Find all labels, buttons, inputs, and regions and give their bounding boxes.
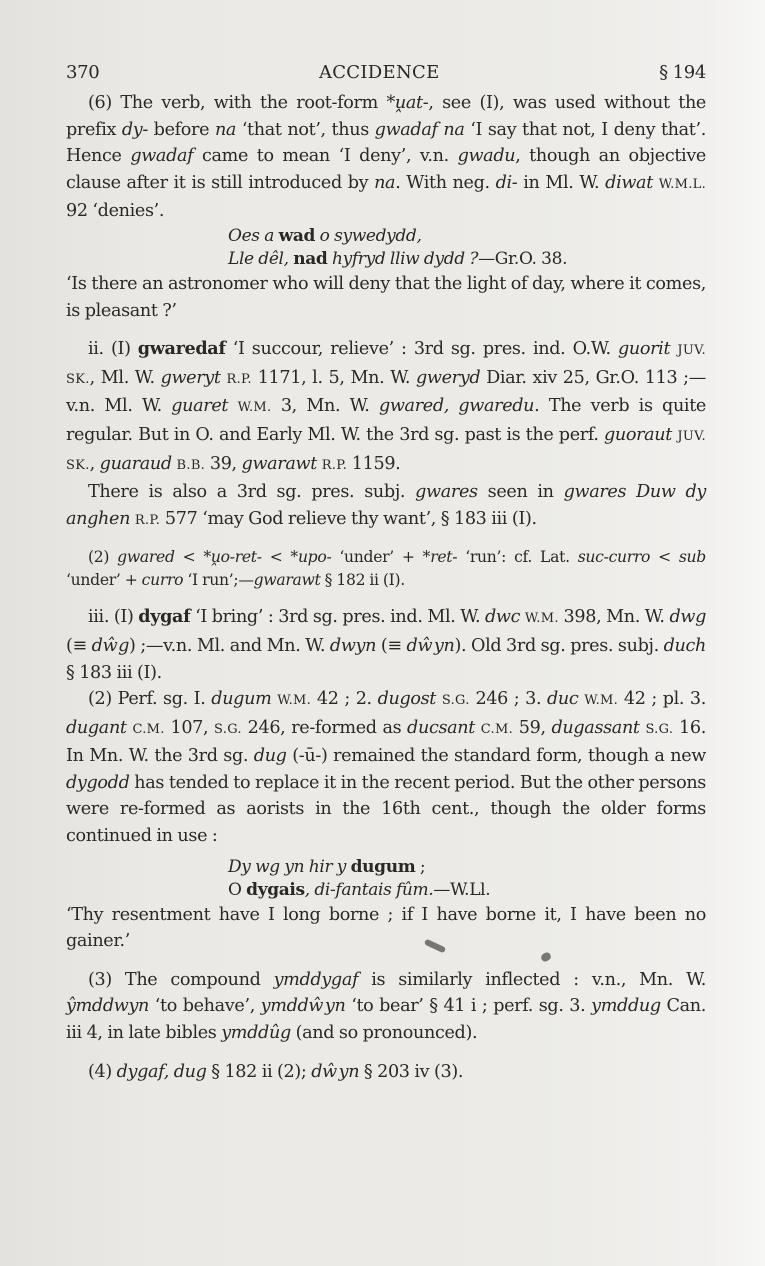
translation-2: ‘Thy resentment have I long borne ; if I… [66,902,706,955]
paragraph-6-gwadaf: (6) The verb, with the root-form *ṷat-, … [66,90,706,225]
section-iii-3-ymddygaf: (3) The compound ymddygaf is similarly i… [66,967,706,1047]
section-iii-4-cross-references: (4) dygaf, dug § 182 ii (2); dŵyn § 203 … [66,1059,706,1086]
section-ii-subjunctive: There is also a 3rd sg. pres. subj. gwar… [66,479,706,534]
verse-quotation-2: Dy wg yn hir y dugum ; O dygais, di-fant… [66,856,706,902]
running-head: 370 ACCIDENCE § 194 [66,58,706,88]
section-ii-1-gwaredaf: ii. (I) gwaredaf ‘I succour, relieve’ : … [66,336,706,479]
verse-line: Oes a wad o sywedydd, [228,225,706,248]
chapter-title: ACCIDENCE [319,58,440,88]
verse-line: Dy wg yn hir y dugum ; [228,856,706,879]
section-number: § 194 [659,58,706,88]
section-iii-1-dygaf: iii. (I) dygaf ‘I bring’ : 3rd sg. pres.… [66,604,706,686]
verse-line: Lle dêl, nad hyfryd lliw dydd ?—Gr.O. 38… [228,248,706,271]
verse-line: O dygais, di-fantais fûm.—W.Ll. [228,879,706,902]
section-iii-2-perfect: (2) Perf. sg. I. dugum W.M. 42 ; 2. dugo… [66,686,706,850]
section-ii-2-etymology-note: (2) gwared < *ṷo-ret- < *upo- ‘under’ + … [66,546,706,592]
translation-1: ‘Is there an astronomer who will deny th… [66,271,706,324]
book-page: 370 ACCIDENCE § 194 (6) The verb, with t… [66,58,706,1085]
page-number: 370 [66,58,99,88]
verse-quotation-1: Oes a wad o sywedydd, Lle dêl, nad hyfry… [66,225,706,271]
